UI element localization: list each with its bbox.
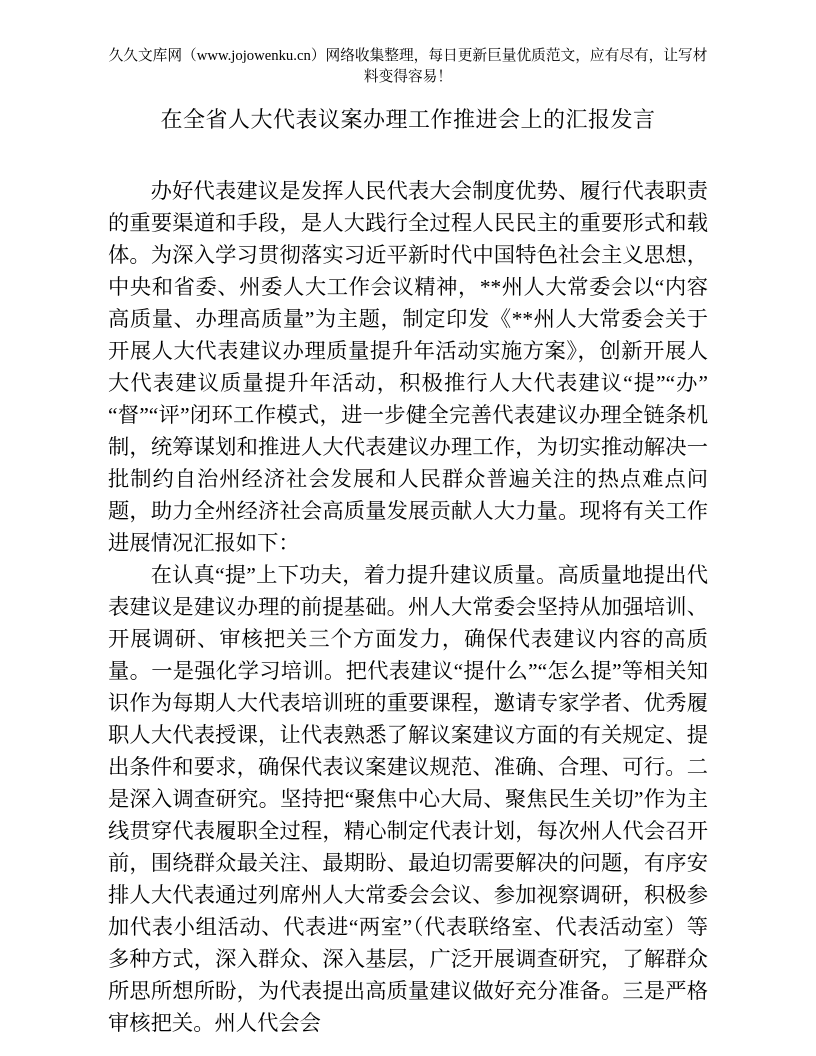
site-watermark-header: 久久文库网（www.jojowenku.cn）网络收集整理，每日更新巨量优质范文… (108, 46, 708, 88)
page-title: 在全省人大代表议案办理工作推进会上的汇报发言 (108, 105, 708, 135)
document-body: 办好代表建议是发挥人民代表大会制度优势、履行代表职责的重要渠道和手段，是人大践行… (108, 175, 708, 1039)
paragraph: 在认真“提”上下功夫，着力提升建议质量。高质量地提出代表建议是建议办理的前提基础… (108, 559, 708, 1039)
paragraph: 办好代表建议是发挥人民代表大会制度优势、履行代表职责的重要渠道和手段，是人大践行… (108, 175, 708, 559)
page-content: 久久文库网（www.jojowenku.cn）网络收集整理，每日更新巨量优质范文… (108, 46, 708, 1039)
document-page: 久久文库网（www.jojowenku.cn）网络收集整理，每日更新巨量优质范文… (0, 0, 816, 1056)
